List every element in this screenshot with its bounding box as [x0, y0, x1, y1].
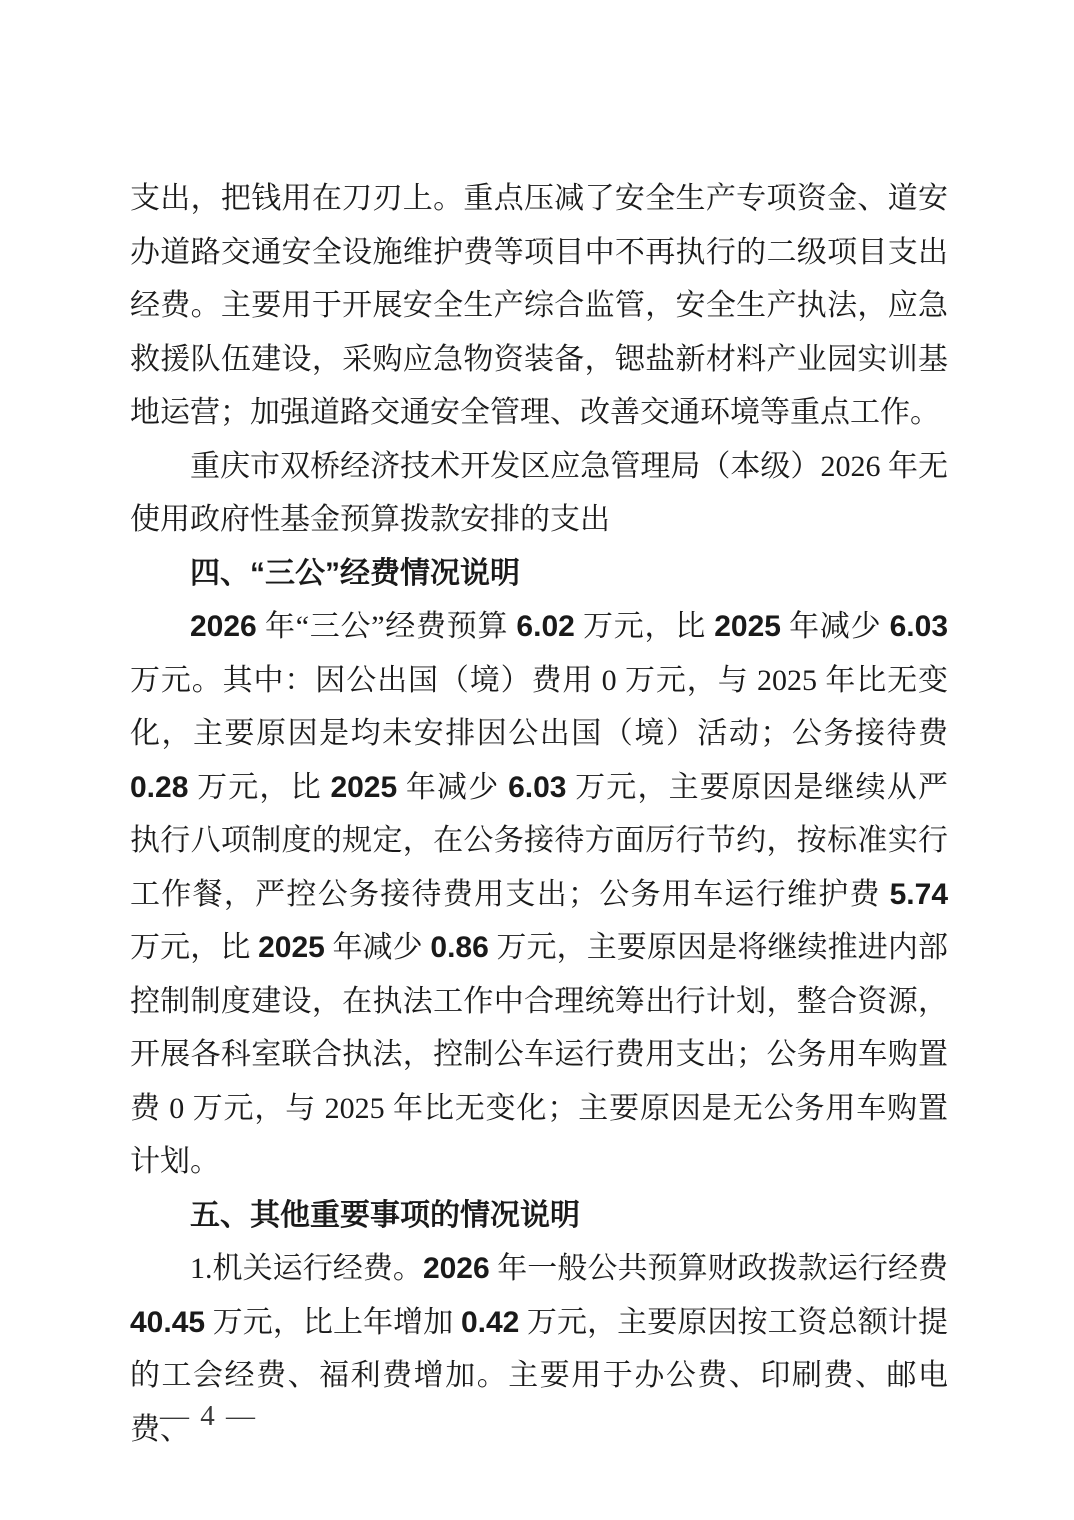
- body-paragraph: 2026 年“三公”经费预算 6.02 万元，比 2025 年减少 6.03 万…: [130, 600, 948, 1189]
- text-segment: 年减少: [781, 610, 890, 643]
- text-segment: 万元，比: [130, 931, 258, 964]
- emphasized-text: 5.74: [890, 878, 948, 911]
- emphasized-text: 2025: [714, 610, 781, 643]
- text-segment: 年减少: [325, 931, 431, 964]
- body-paragraph: 重庆市双桥经济技术开发区应急管理局（本级）2026 年无使用政府性基金预算拨款安…: [130, 440, 948, 547]
- text-segment: 年一般公共预算财政拨款运行经费: [490, 1252, 948, 1285]
- page-footer: — 4 —: [160, 1400, 257, 1433]
- text-segment: 年减少: [397, 771, 508, 804]
- text-segment: 万元，比: [575, 610, 714, 643]
- emphasized-text: 四、“三公”经费情况说明: [190, 557, 520, 590]
- emphasized-text: 2026: [423, 1252, 490, 1285]
- emphasized-text: 40.45: [130, 1306, 205, 1339]
- text-segment: 万元。其中：因公出国（境）费用 0 万元，与 2025 年比无变化，主要原因是均…: [130, 664, 948, 751]
- text-segment: 年“三公”经费预算: [257, 610, 517, 643]
- emphasized-text: 0.86: [430, 931, 488, 964]
- text-segment: 万元，比上年增加: [205, 1306, 461, 1339]
- page-number: — 4 —: [160, 1400, 257, 1432]
- body-paragraph: 支出，把钱用在刀刃上。重点压减了安全生产专项资金、道安办道路交通安全设施维护费等…: [130, 172, 948, 440]
- emphasized-text: 2025: [258, 931, 325, 964]
- text-segment: 1.机关运行经费。: [190, 1252, 423, 1285]
- emphasized-text: 6.02: [516, 610, 574, 643]
- section-heading: 五、其他重要事项的情况说明: [130, 1189, 948, 1243]
- document-page: 支出，把钱用在刀刃上。重点压减了安全生产专项资金、道安办道路交通安全设施维护费等…: [0, 0, 1074, 1520]
- emphasized-text: 0.42: [461, 1306, 519, 1339]
- document-content: 支出，把钱用在刀刃上。重点压减了安全生产专项资金、道安办道路交通安全设施维护费等…: [130, 172, 948, 1456]
- text-segment: 重庆市双桥经济技术开发区应急管理局（本级）2026 年无使用政府性基金预算拨款安…: [130, 450, 948, 537]
- emphasized-text: 0.28: [130, 771, 188, 804]
- text-segment: 支出，把钱用在刀刃上。重点压减了安全生产专项资金、道安办道路交通安全设施维护费等…: [130, 182, 948, 429]
- text-segment: 万元，主要原因是将继续推进内部控制制度建设，在执法工作中合理统筹出行计划，整合资…: [130, 931, 948, 1178]
- emphasized-text: 6.03: [890, 610, 948, 643]
- section-heading: 四、“三公”经费情况说明: [130, 547, 948, 601]
- emphasized-text: 2026: [190, 610, 257, 643]
- emphasized-text: 2025: [330, 771, 397, 804]
- emphasized-text: 五、其他重要事项的情况说明: [190, 1199, 580, 1232]
- emphasized-text: 6.03: [508, 771, 566, 804]
- text-segment: 万元，比: [188, 771, 330, 804]
